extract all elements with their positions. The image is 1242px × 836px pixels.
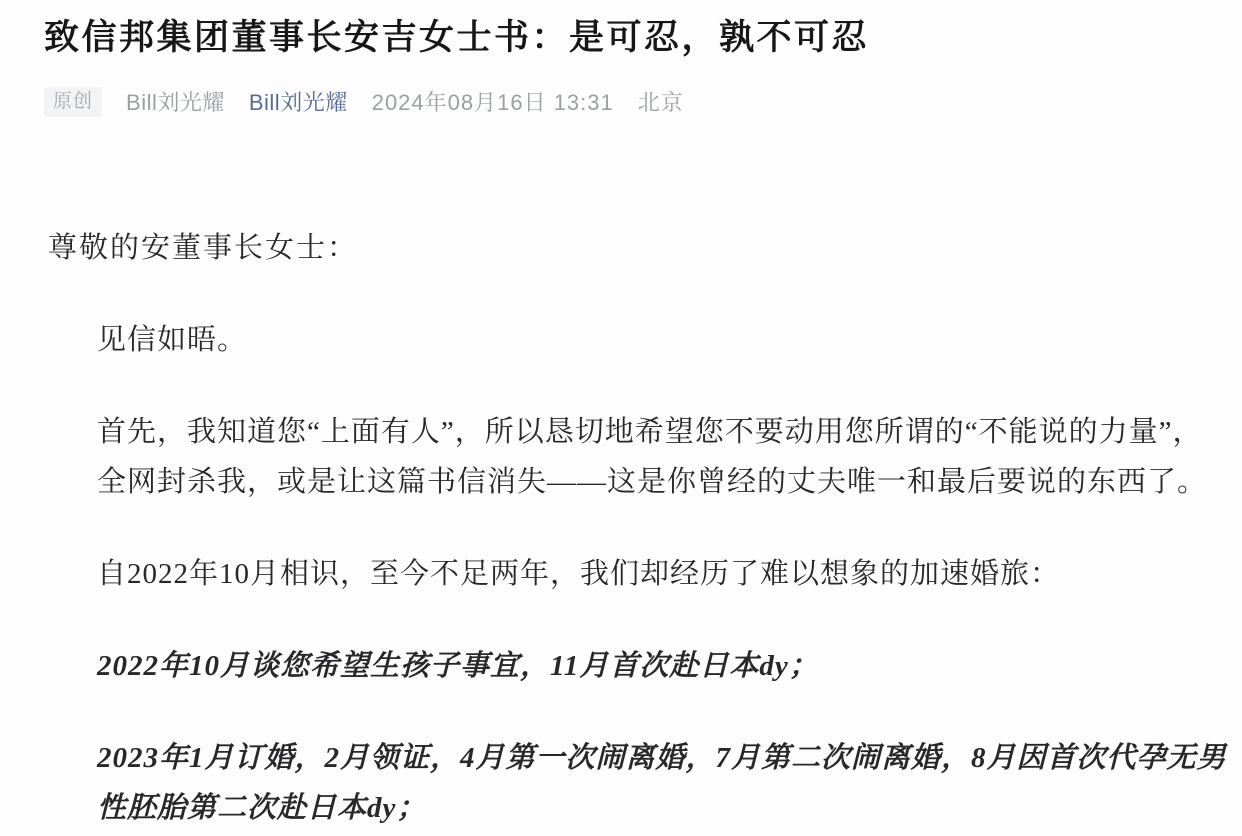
- salutation: 尊敬的安董事长女士：: [48, 223, 1228, 273]
- original-badge: 原创: [44, 87, 102, 117]
- author-name: Bill刘光耀: [126, 86, 225, 117]
- body-paragraph: 自2022年10月相识，至今不足两年，我们却经历了难以想象的加速婚旅：: [97, 549, 1228, 599]
- article-body: 尊敬的安董事长女士： 见信如晤。首先，我知道您“上面有人”，所以恳切地希望您不要…: [44, 223, 1228, 833]
- publish-datetime: 2024年08月16日 13:31: [372, 86, 614, 117]
- body-paragraph: 首先，我知道您“上面有人”，所以恳切地希望您不要动用您所谓的“不能说的力量”，全…: [97, 407, 1228, 507]
- paragraph-container: 见信如晤。首先，我知道您“上面有人”，所以恳切地希望您不要动用您所谓的“不能说的…: [44, 315, 1228, 833]
- body-paragraph: 见信如晤。: [97, 315, 1228, 365]
- article-meta: 原创 Bill刘光耀 Bill刘光耀 2024年08月16日 13:31 北京: [44, 86, 1228, 117]
- body-paragraph: 2023年1月订婚，2月领证，4月第一次闹离婚，7月第二次闹离婚，8月因首次代孕…: [97, 733, 1228, 833]
- article-page: 致信邦集团董事长安吉女士书：是可忍，孰不可忍 原创 Bill刘光耀 Bill刘光…: [0, 0, 1242, 836]
- body-paragraph: 2022年10月谈您希望生孩子事宜，11月首次赴日本dy；: [97, 641, 1228, 691]
- account-link[interactable]: Bill刘光耀: [249, 86, 348, 117]
- article-title: 致信邦集团董事长安吉女士书：是可忍，孰不可忍: [44, 16, 1228, 60]
- publish-location: 北京: [638, 86, 684, 117]
